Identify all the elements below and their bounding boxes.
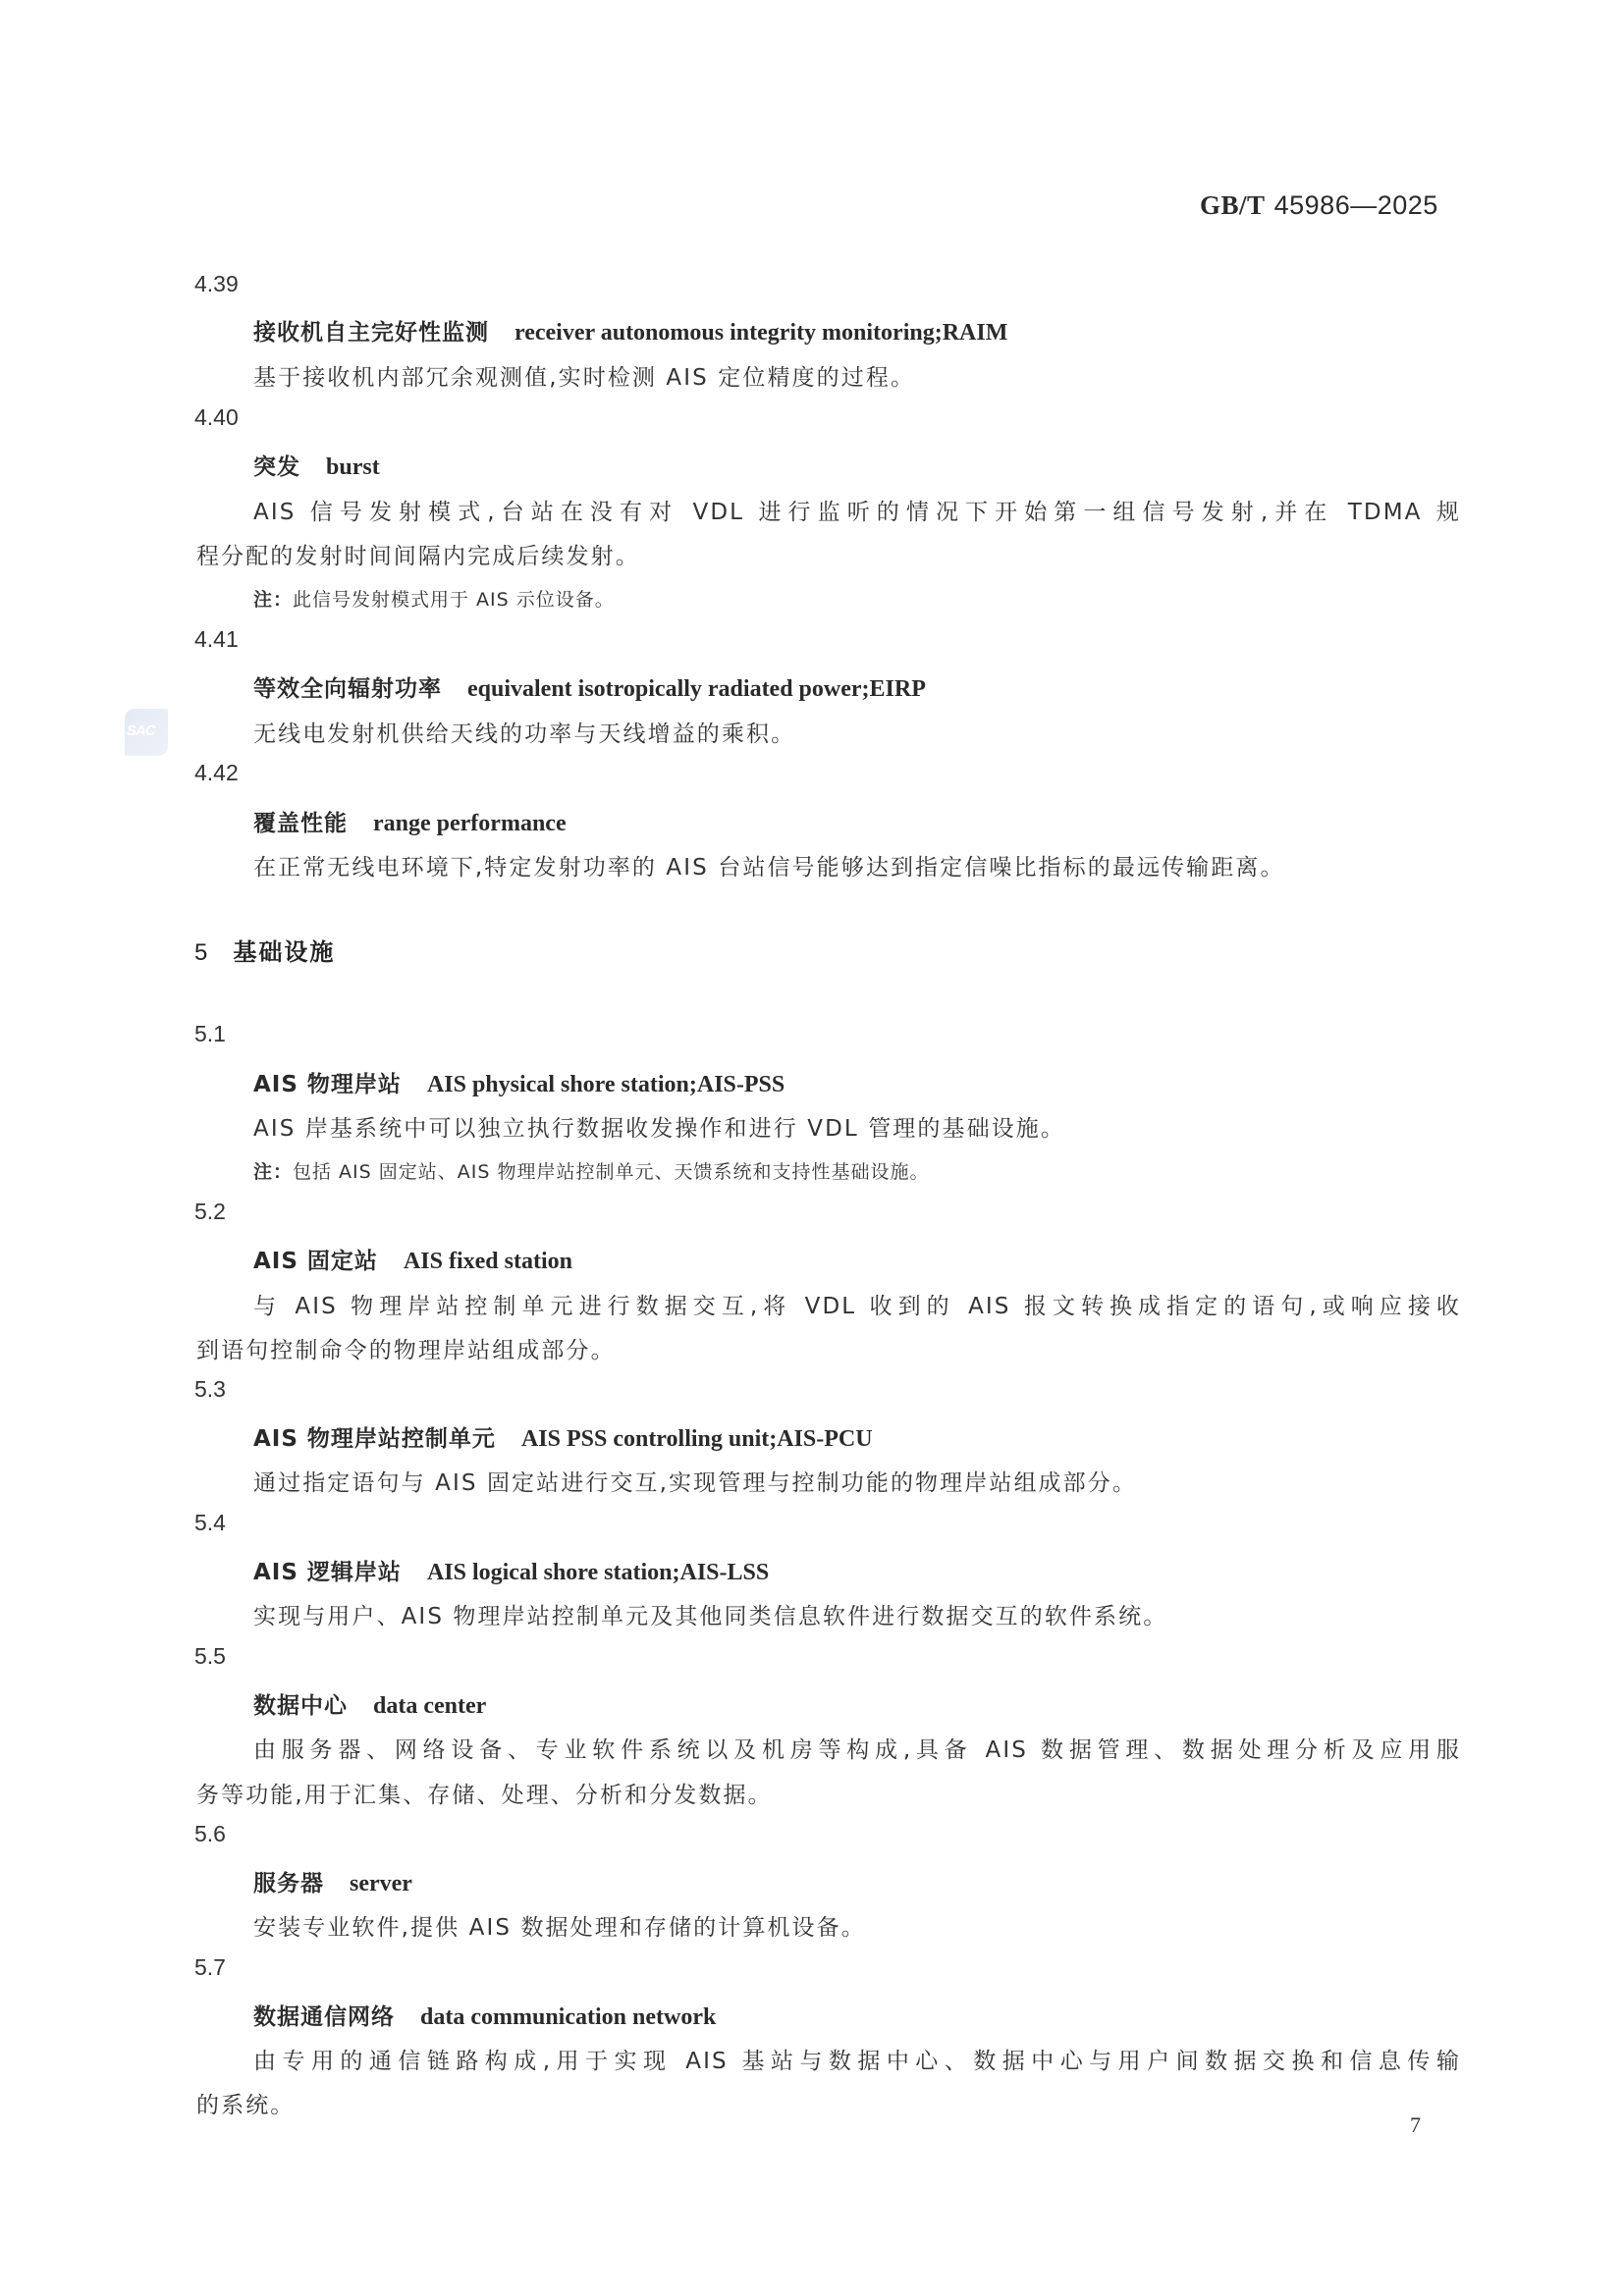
term-en: AIS logical shore station;AIS-LSS bbox=[427, 1560, 769, 1585]
definition-text: 程分配的发射时间间隔内完成后续发射。 bbox=[196, 538, 640, 570]
term-zh: AIS 物理岸站控制单元 bbox=[253, 1426, 496, 1452]
chapter-number: 5 bbox=[194, 939, 207, 966]
term-zh: 突发 bbox=[253, 454, 300, 480]
definition-text: 到语句控制命令的物理岸站组成部分。 bbox=[196, 1332, 616, 1364]
term-zh: 等效全向辐射功率 bbox=[253, 676, 442, 702]
note-text: 此信号发射模式用于 AIS 示位设备。 bbox=[293, 589, 615, 611]
clause-number: 4.40 bbox=[194, 404, 239, 431]
term-en: equivalent isotropically radiated power;… bbox=[467, 676, 926, 702]
term-en: AIS PSS controlling unit;AIS-PCU bbox=[521, 1426, 873, 1452]
chapter-title: 基础设施 bbox=[233, 938, 335, 966]
term-en: server bbox=[350, 1871, 412, 1896]
term-zh: 数据中心 bbox=[253, 1693, 348, 1719]
sac-watermark-logo-icon: SAC bbox=[125, 709, 168, 756]
term-zh: 数据通信网络 bbox=[253, 2004, 395, 2030]
definition-text: 与 AIS 物理岸站控制单元进行数据交互,将 VDL 收到的 AIS 报文转换成… bbox=[253, 1288, 1461, 1320]
term-zh: 覆盖性能 bbox=[253, 811, 348, 836]
term-zh: AIS 逻辑岸站 bbox=[253, 1560, 402, 1585]
term-entry: AIS 固定站AIS fixed station bbox=[253, 1243, 572, 1275]
definition-text: 在正常无线电环境下,特定发射功率的 AIS 台站信号能够达到指定信噪比指标的最远… bbox=[253, 849, 1285, 881]
standard-prefix: GB/T bbox=[1200, 190, 1266, 220]
definition-text: 基于接收机内部冗余观测值,实时检测 AIS 定位精度的过程。 bbox=[253, 359, 915, 392]
term-entry: 数据通信网络data communication network bbox=[253, 1999, 716, 2031]
term-entry: 接收机自主完好性监测receiver autonomous integrity … bbox=[253, 314, 1007, 347]
term-en: burst bbox=[326, 454, 380, 480]
definition-text: 由专用的通信链路构成,用于实现 AIS 基站与数据中心、数据中心与用户间数据交换… bbox=[253, 2043, 1461, 2075]
logo-text: SAC bbox=[127, 722, 155, 739]
definition-text: AIS 岸基系统中可以独立执行数据收发操作和进行 VDL 管理的基础设施。 bbox=[253, 1110, 1065, 1143]
clause-number: 5.4 bbox=[194, 1510, 226, 1536]
clause-number: 4.42 bbox=[194, 760, 239, 786]
term-entry: AIS 物理岸站控制单元AIS PSS controlling unit;AIS… bbox=[253, 1420, 873, 1453]
clause-number: 5.6 bbox=[194, 1821, 226, 1847]
definition-text: AIS 信号发射模式,台站在没有对 VDL 进行监听的情况下开始第一组信号发射,… bbox=[253, 494, 1461, 526]
chapter-heading: 5基础设施 bbox=[194, 933, 335, 967]
term-zh: 接收机自主完好性监测 bbox=[253, 320, 489, 346]
definition-text: 实现与用户、AIS 物理岸站控制单元及其他同类信息软件进行数据交互的软件系统。 bbox=[253, 1598, 1167, 1630]
note: 注：包括 AIS 固定站、AIS 物理岸站控制单元、天馈系统和支持性基础设施。 bbox=[253, 1157, 929, 1184]
definition-text: 的系统。 bbox=[196, 2087, 295, 2119]
definition-text: 安装专业软件,提供 AIS 数据处理和存储的计算机设备。 bbox=[253, 1909, 866, 1942]
term-en: data center bbox=[373, 1693, 486, 1719]
clause-number: 4.41 bbox=[194, 626, 239, 653]
note-label: 注： bbox=[253, 1161, 293, 1183]
definition-text: 务等功能,用于汇集、存储、处理、分析和分发数据。 bbox=[196, 1777, 773, 1809]
clause-number: 5.2 bbox=[194, 1199, 226, 1225]
clause-number: 4.39 bbox=[194, 271, 239, 297]
term-en: data communication network bbox=[420, 2004, 716, 2030]
term-zh: AIS 物理岸站 bbox=[253, 1072, 402, 1097]
term-entry: AIS 物理岸站AIS physical shore station;AIS-P… bbox=[253, 1066, 785, 1098]
standard-code: GB/T 45986—2025 bbox=[1200, 190, 1438, 221]
term-zh: AIS 固定站 bbox=[253, 1249, 378, 1274]
definition-text: 由服务器、网络设备、专业软件系统以及机房等构成,具备 AIS 数据管理、数据处理… bbox=[253, 1732, 1461, 1764]
term-en: range performance bbox=[373, 811, 567, 836]
term-en: AIS fixed station bbox=[404, 1249, 572, 1274]
clause-number: 5.5 bbox=[194, 1643, 226, 1670]
term-entry: AIS 逻辑岸站AIS logical shore station;AIS-LS… bbox=[253, 1554, 769, 1586]
term-entry: 数据中心data center bbox=[253, 1687, 486, 1720]
term-entry: 覆盖性能range performance bbox=[253, 805, 567, 837]
term-entry: 等效全向辐射功率equivalent isotropically radiate… bbox=[253, 670, 926, 703]
clause-number: 5.3 bbox=[194, 1376, 226, 1403]
page-number: 7 bbox=[1410, 2112, 1421, 2138]
term-en: receiver autonomous integrity monitoring… bbox=[514, 320, 1007, 346]
term-entry: 服务器server bbox=[253, 1865, 412, 1897]
definition-text: 通过指定语句与 AIS 固定站进行交互,实现管理与控制功能的物理岸站组成部分。 bbox=[253, 1465, 1137, 1497]
note-text: 包括 AIS 固定站、AIS 物理岸站控制单元、天馈系统和支持性基础设施。 bbox=[293, 1161, 929, 1183]
note-label: 注： bbox=[253, 589, 293, 611]
term-zh: 服务器 bbox=[253, 1871, 324, 1896]
note: 注：此信号发射模式用于 AIS 示位设备。 bbox=[253, 585, 615, 612]
standard-number: 45986—2025 bbox=[1274, 190, 1438, 220]
clause-number: 5.7 bbox=[194, 1954, 226, 1981]
definition-text: 无线电发射机供给天线的功率与天线增益的乘积。 bbox=[253, 716, 795, 748]
clause-number: 5.1 bbox=[194, 1021, 226, 1047]
term-entry: 突发burst bbox=[253, 449, 380, 481]
term-en: AIS physical shore station;AIS-PSS bbox=[427, 1072, 785, 1097]
